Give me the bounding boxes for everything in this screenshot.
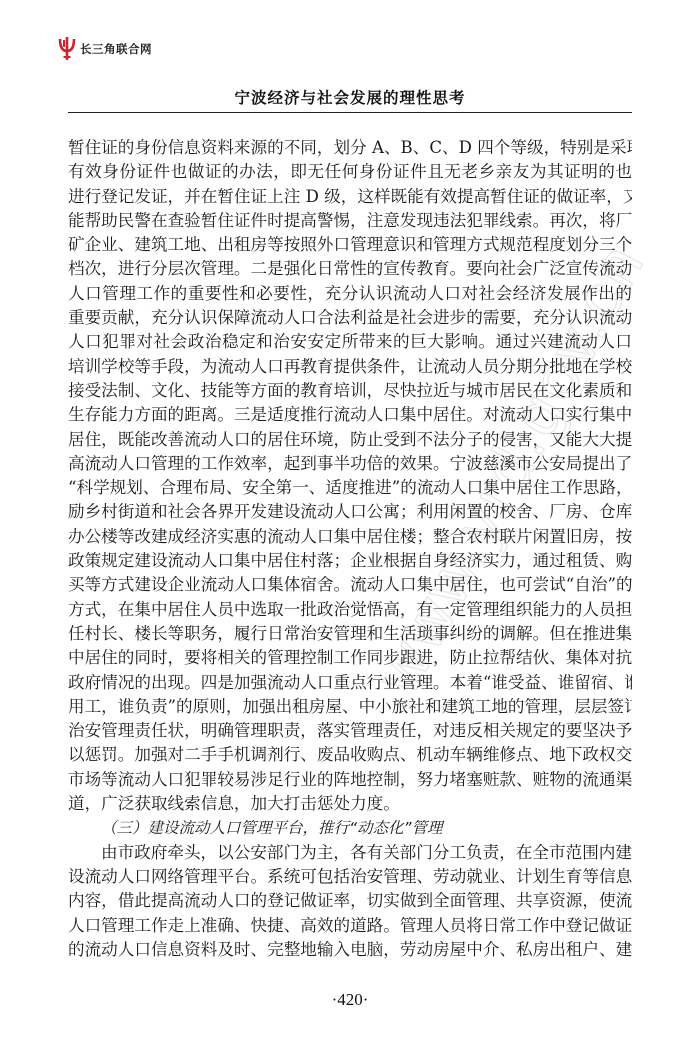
text-line: 治安管理责任状，明确管理职责，落实管理责任，对违反相关规定的要坚决予 xyxy=(68,719,632,743)
site-logo: 长三角联合网 xyxy=(57,36,152,62)
text-line: 用工，谁负责”的原则，加强出租房屋、中小旅社和建筑工地的管理，层层签订 xyxy=(68,695,632,719)
text-line: 政策规定建设流动人口集中居住村落；企业根据自身经济实力，通过租赁、购 xyxy=(68,549,632,573)
section-heading: （三）建设流动人口管理平台，推行“动态化”管理 xyxy=(68,816,632,840)
text-line: 人口管理工作走上准确、快捷、高效的道路。管理人员将日常工作中登记做证 xyxy=(68,914,632,938)
trident-logo-icon xyxy=(57,36,77,62)
text-line: 人口犯罪对社会政治稳定和治安安定所带来的巨大影响。通过兴建流动人口 xyxy=(68,330,632,354)
text-line: 设流动人口网络管理平台。系统可包括治安管理、劳动就业、计划生育等信息 xyxy=(68,865,632,889)
text-line: 由市政府牵头，以公安部门为主，各有关部门分工负责，在全市范围内建 xyxy=(68,841,632,865)
logo-text: 长三角联合网 xyxy=(80,41,152,57)
text-line: 办公楼等改建成经济实惠的流动人口集中居住楼；整合农村联片闲置旧房，按 xyxy=(68,525,632,549)
header-divider xyxy=(68,112,632,113)
text-line: 方式，在集中居住人员中选取一批政治觉悟高，有一定管理组织能力的人员担 xyxy=(68,598,632,622)
text-line: 生存能力方面的距离。三是适度推行流动人口集中居住。对流动人口实行集中 xyxy=(68,403,632,427)
text-line: 道，广泛获取线索信息，加大打击惩处力度。 xyxy=(68,792,632,816)
text-line: 接受法制、文化、技能等方面的教育培训，尽快拉近与城市居民在文化素质和 xyxy=(68,379,632,403)
text-line: 内容，借此提高流动人口的登记做证率，切实做到全面管理、共享资源，使流动 xyxy=(68,889,632,913)
text-line: 重要贡献，充分认识保障流动人口合法利益是社会进步的需要，充分认识流动 xyxy=(68,306,632,330)
text-line: 高流动人口管理的工作效率，起到事半功倍的效果。宁波慈溪市公安局提出了 xyxy=(68,452,632,476)
text-line: 任村长、楼长等职务，履行日常治安管理和生活琐事纠纷的调解。但在推进集 xyxy=(68,622,632,646)
text-line: 买等方式建设企业流动人口集体宿舍。流动人口集中居住，也可尝试“自治”的 xyxy=(68,573,632,597)
running-title: 宁波经济与社会发展的理性思考 xyxy=(68,86,632,108)
text-line: 居住，既能改善流动人口的居住环境，防止受到不法分子的侵害，又能大大提 xyxy=(68,428,632,452)
text-line: “科学规划、合理布局、安全第一、适度推进”的流动人口集中居住工作思路，鼓 xyxy=(68,476,632,500)
body-text: 暂住证的身份信息资料来源的不同，划分 A、B、C、D 四个等级，特别是采取无 有… xyxy=(68,136,632,962)
text-line: 市场等流动人口犯罪较易涉足行业的阵地控制，努力堵塞赃款、赃物的流通渠 xyxy=(68,768,632,792)
text-line: 以惩罚。加强对二手手机调剂行、废品收购点、机动车辆维修点、地下政权交易 xyxy=(68,743,632,767)
text-line: 有效身份证件也做证的办法，即无任何身份证件且无老乡亲友为其证明的也 xyxy=(68,160,632,184)
text-line: 档次，进行分层次管理。二是强化日常性的宣传教育。要向社会广泛宣传流动 xyxy=(68,257,632,281)
text-line: 能帮助民警在查验暂住证件时提高警惕，注意发现违法犯罪线索。再次，将厂 xyxy=(68,209,632,233)
text-line: 的流动人口信息资料及时、完整地输入电脑，劳动房屋中介、私房出租户、建筑 xyxy=(68,938,632,962)
text-line: 矿企业、建筑工地、出租房等按照外口管理意识和管理方式规范程度划分三个 xyxy=(68,233,632,257)
text-line: 进行登记发证，并在暂住证上注 D 级，这样既能有效提高暂住证的做证率，又 xyxy=(68,185,632,209)
text-line: 励乡村街道和社会各界开发建设流动人口公寓；利用闲置的校舍、厂房、仓库、 xyxy=(68,500,632,524)
text-line: 暂住证的身份信息资料来源的不同，划分 A、B、C、D 四个等级，特别是采取无 xyxy=(68,136,632,160)
text-line: 政府情况的出现。四是加强流动人口重点行业管理。本着“谁受益、谁留宿、谁 xyxy=(68,671,632,695)
text-line: 培训学校等手段，为流动人口再教育提供条件，让流动人员分期分批地在学校 xyxy=(68,355,632,379)
page-number: ·420· xyxy=(0,990,700,1010)
text-line: 人口管理工作的重要性和必要性，充分认识流动人口对社会经济发展作出的 xyxy=(68,282,632,306)
text-line: 中居住的同时，要将相关的管理控制工作同步跟进，防止拉帮结伙、集体对抗 xyxy=(68,646,632,670)
